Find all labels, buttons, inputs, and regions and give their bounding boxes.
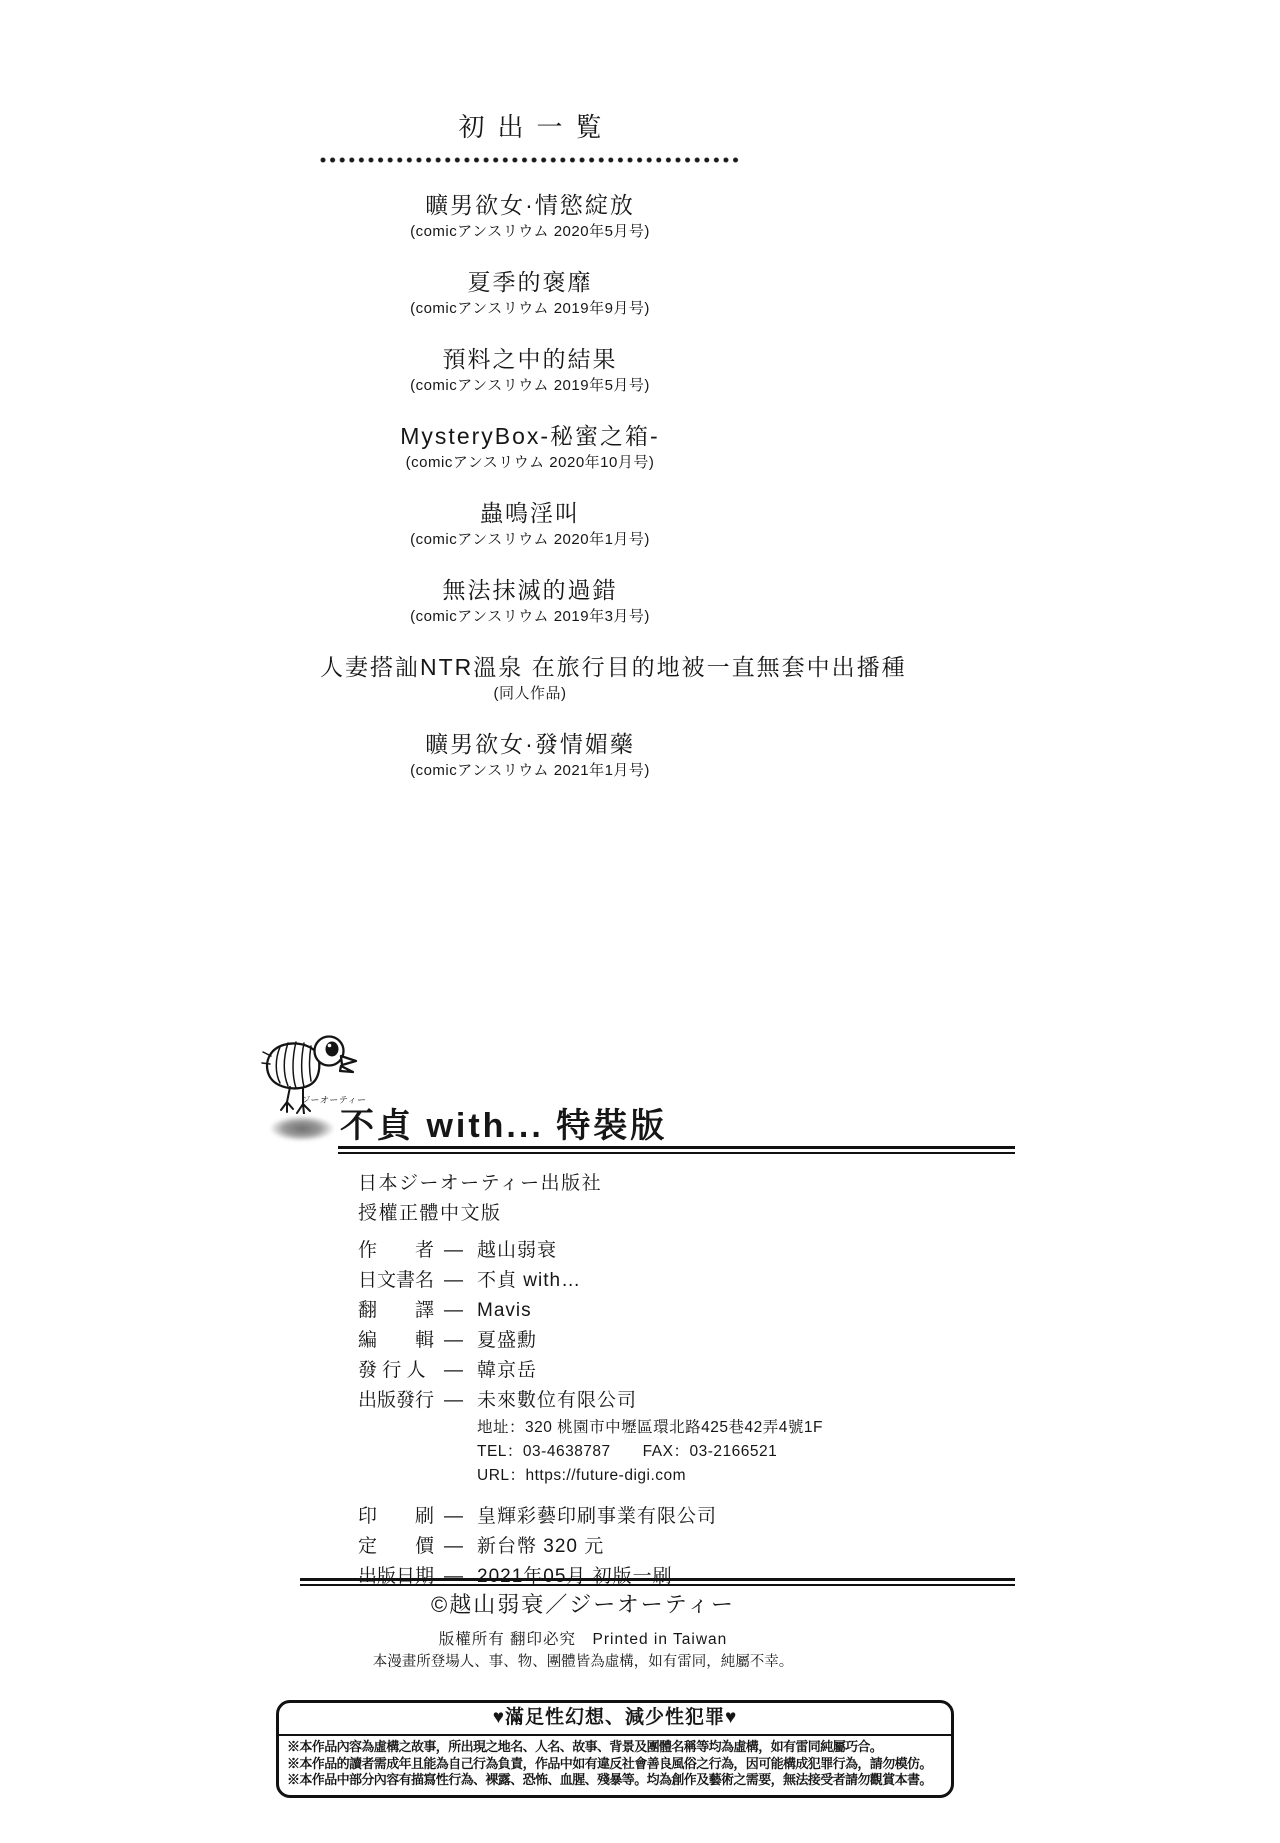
disclaimer-line: ※本作品的讀者需成年且能為自己行為負責，作品中如有違反社會善良風俗之行為，因可能… [287,1756,943,1773]
work-entry: 夏季的褒靡 (comicアンスリウム 2019年9月号) [320,267,740,320]
credit-label: 定 價 [358,1532,438,1562]
credit-dash: — [444,1562,463,1592]
credit-value: 越山弱衰 [477,1236,557,1266]
credit-label: 翻 譯 [358,1296,438,1326]
credit-value: 2021年05月 初版一刷 [477,1562,673,1592]
credit-dash: — [444,1236,463,1266]
work-source: (comicアンスリウム 2020年1月号) [320,528,740,551]
work-source: (comicアンスリウム 2020年10月号) [320,451,740,474]
credit-row-author: 作 者—越山弱衰 [358,1236,1048,1266]
disclaimer-lines: ※本作品內容為虛構之故事，所出現之地名、人名、故事、背景及團體名稱等均為虛構，如… [279,1736,951,1795]
work-entry: 預料之中的結果 (comicアンスリウム 2019年5月号) [320,344,740,397]
credit-value: 夏盛勳 [477,1326,537,1356]
credit-value: 新台幣 320 元 [477,1532,604,1562]
credit-row-price: 定 價—新台幣 320 元 [358,1532,1048,1562]
credit-dash: — [444,1502,463,1532]
work-source: (comicアンスリウム 2019年9月号) [320,297,740,320]
url-line: URL：https://future-digi.com [477,1464,1048,1488]
legal-block: ©越山弱衰／ジーオーティー 版權所有 翻印必究 Printed in Taiwa… [300,1592,866,1671]
work-title: 預料之中的結果 [320,344,740,374]
work-title: 夏季的褒靡 [320,267,740,297]
work-title: 曠男欲女·發情媚藥 [320,729,740,759]
credit-dash: — [444,1296,463,1326]
work-entry: 人妻搭訕NTR溫泉 在旅行目的地被一直無套中出播種 (同人作品) [320,652,740,705]
credit-row-editor: 編 輯—夏盛勳 [358,1326,1048,1356]
rights-line: 版權所有 翻印必究 Printed in Taiwan [300,1630,866,1649]
work-entry: MysteryBox-秘蜜之箱- (comicアンスリウム 2020年10月号) [320,421,740,474]
credit-dash: — [444,1386,463,1416]
work-title: 無法抹滅的過錯 [320,575,740,605]
disclaimer-line: ※本作品中部分內容有描寫性行為、裸露、恐怖、血腥、殘暴等。均為創作及藝術之需要，… [287,1772,943,1789]
credit-dash: — [444,1326,463,1356]
work-entry: 曠男欲女·情慾綻放 (comicアンスリウム 2020年5月号) [320,190,740,243]
credit-label: 發 行 人 [358,1356,438,1386]
disclaimer-title: ♥滿足性幻想、減少性犯罪♥ [279,1703,951,1736]
license-line: 授權正體中文版 [358,1199,1048,1229]
work-source: (comicアンスリウム 2021年1月号) [320,759,740,782]
credit-label: 出版發行 [358,1386,438,1416]
credit-row-issuer: 發 行 人—韓京岳 [358,1356,1048,1386]
credit-dash: — [444,1356,463,1386]
logo-shadow [270,1116,334,1141]
credit-value: 皇輝彩藝印刷事業有限公司 [477,1502,717,1532]
fiction-disclaimer: 本漫畫所登場人、事、物、團體皆為虛構，如有雷同，純屬不幸。 [300,1653,866,1671]
work-title: 曠男欲女·情慾綻放 [320,190,740,220]
work-title: 蟲鳴淫叫 [320,498,740,528]
dotted-divider [320,157,740,163]
book-title: 不貞 with... 特裝版 [340,1098,667,1147]
work-source: (comicアンスリウム 2020年5月号) [320,220,740,243]
credit-row-pubdate: 出版日期—2021年05月 初版一刷 [358,1562,1048,1592]
credit-dash: — [444,1532,463,1562]
copyright-line: ©越山弱衰／ジーオーティー [300,1592,866,1618]
colophon-block: 日本ジーオーティー出版社 授權正體中文版 作 者—越山弱衰 日文書名—不貞 wi… [358,1169,1048,1592]
credit-row-publisher: 出版發行—未來數位有限公司 [358,1386,1048,1416]
title-rule [338,1146,1015,1154]
credit-dash: — [444,1266,463,1296]
disclaimer-line: ※本作品內容為虛構之故事，所出現之地名、人名、故事、背景及團體名稱等均為虛構，如… [287,1739,943,1756]
spacer [358,1488,1048,1502]
colophon-rule [300,1578,1015,1586]
work-entry: 蟲鳴淫叫 (comicアンスリウム 2020年1月号) [320,498,740,551]
work-source: (同人作品) [320,682,740,705]
credit-label: 作 者 [358,1236,438,1266]
work-source: (comicアンスリウム 2019年5月号) [320,374,740,397]
work-entry: 無法抹滅的過錯 (comicアンスリウム 2019年3月号) [320,575,740,628]
work-source: (comicアンスリウム 2019年3月号) [320,605,740,628]
credit-label: 印 刷 [358,1502,438,1532]
address-line: 地址：320 桃園市中壢區環北路425巷42弄4號1F [477,1416,1048,1440]
work-title: 人妻搭訕NTR溫泉 在旅行目的地被一直無套中出播種 [320,652,740,682]
credit-value: 不貞 with… [477,1266,581,1296]
credit-row-translator: 翻 譯—Mavis [358,1296,1048,1326]
credit-row-jp-title: 日文書名—不貞 with… [358,1266,1048,1296]
credit-row-printer: 印 刷—皇輝彩藝印刷事業有限公司 [358,1502,1048,1532]
credit-label: 日文書名 [358,1266,438,1296]
first-publication-list: 初出一覧 曠男欲女·情慾綻放 (comicアンスリウム 2020年5月号) 夏季… [320,110,740,806]
work-title: MysteryBox-秘蜜之箱- [320,421,740,451]
credit-label: 出版日期 [358,1562,438,1592]
credit-label: 編 輯 [358,1326,438,1356]
credit-value: 未來數位有限公司 [477,1386,637,1416]
credit-value: 韓京岳 [477,1356,537,1386]
work-entry: 曠男欲女·發情媚藥 (comicアンスリウム 2021年1月号) [320,729,740,782]
list-title: 初出一覧 [320,110,740,144]
disclaimer-box: ♥滿足性幻想、減少性犯罪♥ ※本作品內容為虛構之故事，所出現之地名、人名、故事、… [276,1700,954,1798]
publisher-name: 日本ジーオーティー出版社 [358,1169,1048,1199]
tel-fax-line: TEL：03-4638787 FAX：03-2166521 [477,1440,1048,1464]
credit-value: Mavis [477,1296,532,1326]
